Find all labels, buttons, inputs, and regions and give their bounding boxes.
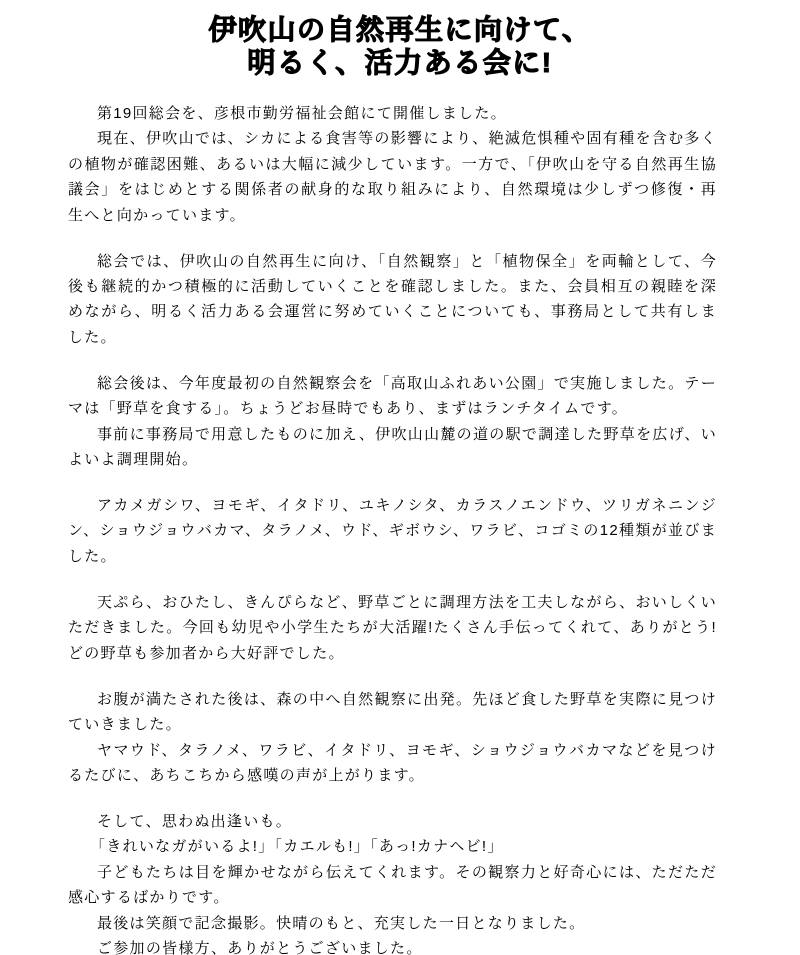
paragraph: 子どもたちは目を輝かせながら伝えてくれます。その観察力と好奇心には、ただただ感心… bbox=[68, 860, 717, 911]
paragraph: 「きれいなガがいるよ!」「カエルも!」「あっ!カナヘビ!」 bbox=[68, 834, 717, 859]
title-line-1: 伊吹山の自然再生に向けて、 bbox=[0, 13, 800, 46]
paragraph: 総会では、伊吹山の自然再生に向け、「自然観察」と「植物保全」を両輪として、今後も… bbox=[68, 249, 717, 351]
paragraph-block: お腹が満たされた後は、森の中へ自然観察に出発。先ほど食した野草を実際に見つけてい… bbox=[68, 687, 717, 789]
document-body: 第19回総会を、彦根市勤労福祉会館にて開催しました。現在、伊吹山では、シカによる… bbox=[68, 101, 717, 955]
document-page: 伊吹山の自然再生に向けて、 明るく、活力ある会に! 第19回総会を、彦根市勤労福… bbox=[0, 0, 800, 955]
paragraph: お腹が満たされた後は、森の中へ自然観察に出発。先ほど食した野草を実際に見つけてい… bbox=[68, 687, 717, 738]
paragraph-block: 総会では、伊吹山の自然再生に向け、「自然観察」と「植物保全」を両輪として、今後も… bbox=[68, 249, 717, 351]
paragraph-block: アカメガシワ、ヨモギ、イタドリ、ユキノシタ、カラスノエンドウ、ツリガネニンジン、… bbox=[68, 493, 717, 569]
paragraph: 現在、伊吹山では、シカによる食害等の影響により、絶滅危惧種や固有種を含む多くの植… bbox=[68, 126, 717, 228]
document-title: 伊吹山の自然再生に向けて、 明るく、活力ある会に! bbox=[0, 13, 800, 79]
paragraph-block: 天ぷら、おひたし、きんぴらなど、野草ごとに調理方法を工夫しながら、おいしくいただ… bbox=[68, 590, 717, 666]
paragraph: 総会後は、今年度最初の自然観察会を「高取山ふれあい公園」で実施しました。テーマは… bbox=[68, 371, 717, 422]
paragraph: 天ぷら、おひたし、きんぴらなど、野草ごとに調理方法を工夫しながら、おいしくいただ… bbox=[68, 590, 717, 666]
paragraph: 最後は笑顔で記念撮影。快晴のもと、充実した一日となりました。 bbox=[68, 911, 717, 936]
paragraph: ご参加の皆様方、ありがとうございました。 bbox=[68, 936, 717, 955]
paragraph: アカメガシワ、ヨモギ、イタドリ、ユキノシタ、カラスノエンドウ、ツリガネニンジン、… bbox=[68, 493, 717, 569]
paragraph: ヤマウド、タラノメ、ワラビ、イタドリ、ヨモギ、ショウジョウバカマなどを見つけるた… bbox=[68, 738, 717, 789]
paragraph: 第19回総会を、彦根市勤労福祉会館にて開催しました。 bbox=[68, 101, 717, 126]
title-line-2: 明るく、活力ある会に! bbox=[0, 46, 800, 79]
paragraph: そして、思わぬ出逢いも。 bbox=[68, 809, 717, 834]
paragraph: 事前に事務局で用意したものに加え、伊吹山山麓の道の駅で調達した野草を広げ、いよい… bbox=[68, 422, 717, 473]
paragraph-block: 総会後は、今年度最初の自然観察会を「高取山ふれあい公園」で実施しました。テーマは… bbox=[68, 371, 717, 473]
paragraph-block: そして、思わぬ出逢いも。「きれいなガがいるよ!」「カエルも!」「あっ!カナヘビ!… bbox=[68, 809, 717, 955]
paragraph-block: 第19回総会を、彦根市勤労福祉会館にて開催しました。現在、伊吹山では、シカによる… bbox=[68, 101, 717, 228]
